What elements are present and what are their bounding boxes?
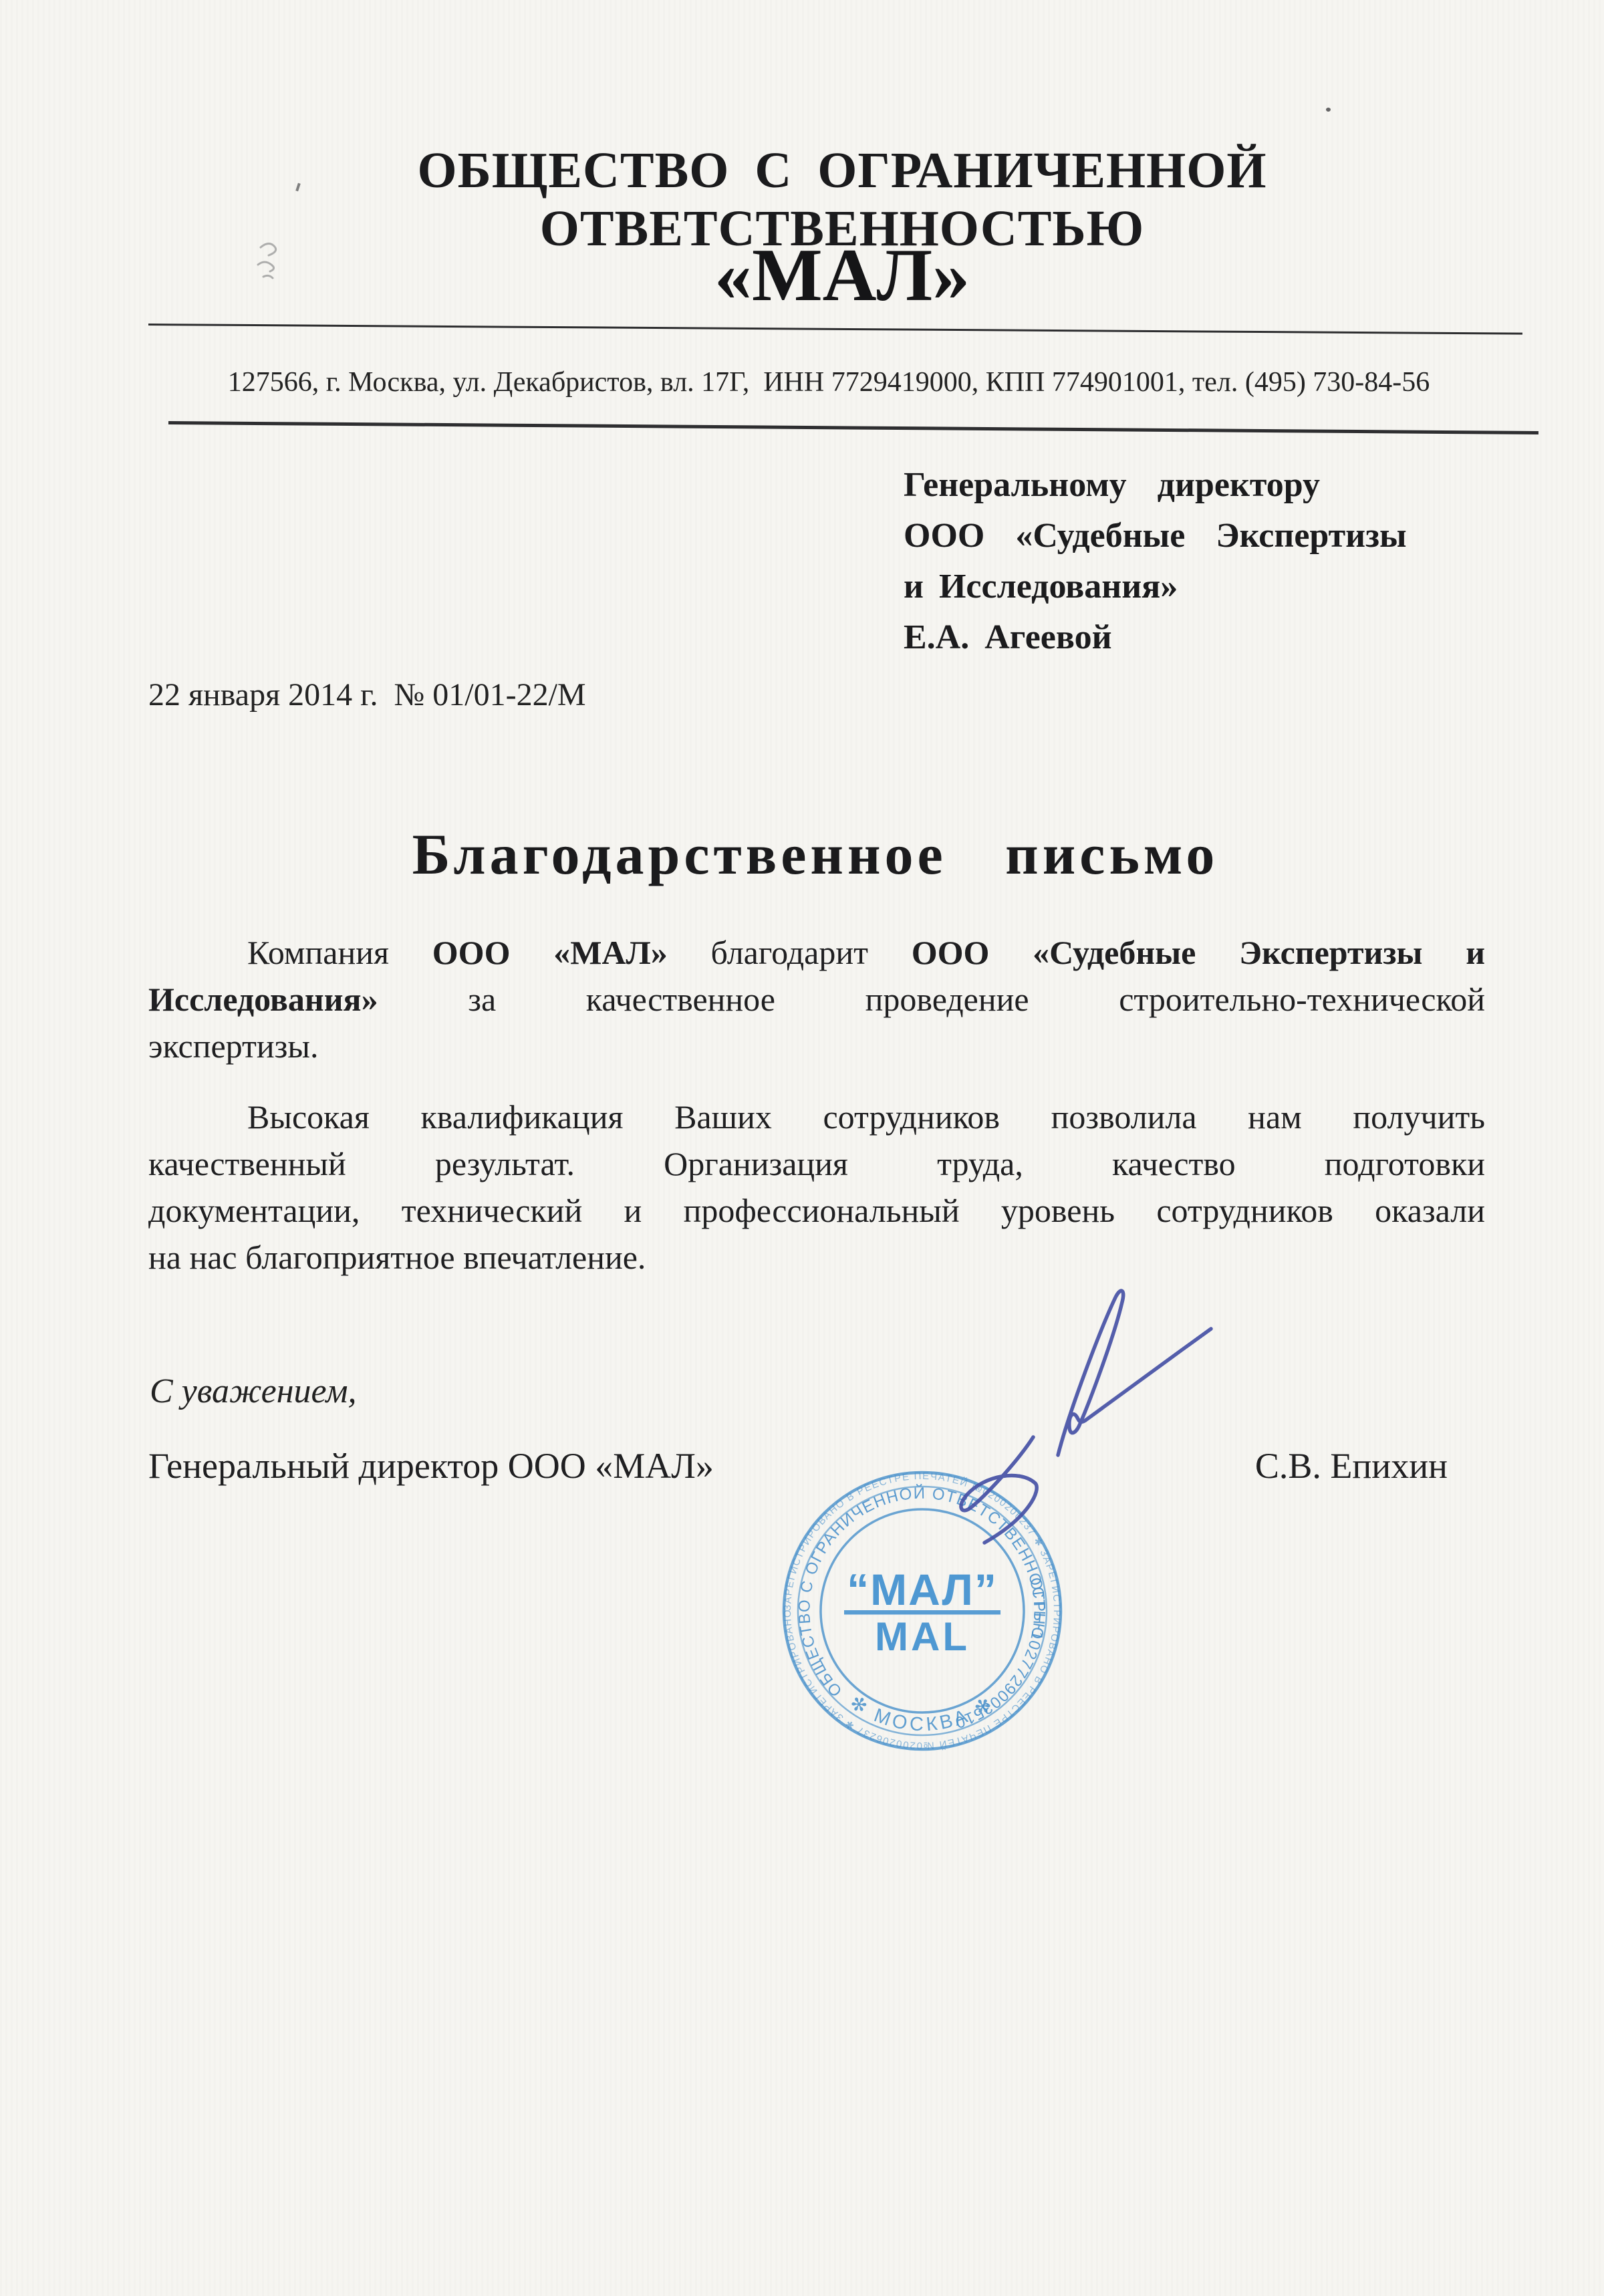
date-and-number-line: 22 января 2014 г. № 01/01-22/М: [148, 676, 586, 713]
company-requisites-line: 127566, г. Москва, ул. Декабристов, вл. …: [94, 366, 1564, 398]
stamp-center-latin: MAL: [875, 1614, 970, 1659]
letter-title: Благодарственное письмо: [120, 821, 1510, 888]
text-run: за качественное проведение строительно-т…: [378, 981, 1485, 1018]
text-run: благодарит: [668, 934, 912, 971]
recipient-line: Генеральному директору: [904, 460, 1407, 511]
header-divider-thin: [148, 324, 1522, 335]
signature-stroke: [961, 1437, 1037, 1543]
paragraph-line: Исследования» за качественное проведение…: [148, 976, 1485, 1023]
letter-document: ОБЩЕСТВО С ОГРАНИЧЕННОЙ ОТВЕТСТВЕННОСТЬЮ…: [0, 0, 1604, 2296]
scan-scribble: [251, 235, 289, 283]
paragraph-line: Компания ООО «МАЛ» благодарит ООО «Судеб…: [148, 929, 1485, 976]
closing-salutation: С уважением,: [150, 1372, 357, 1411]
paragraph-line: документации, технический и профессионал…: [148, 1187, 1485, 1234]
handwritten-signature: [936, 1273, 1230, 1561]
signature-stroke: [1058, 1291, 1211, 1455]
paragraph-line: экспертизы.: [148, 1023, 1485, 1069]
text-run: Компания: [247, 934, 432, 971]
signatory-name: С.В. Епихин: [1255, 1445, 1448, 1487]
body-paragraph-1: Компания ООО «МАЛ» благодарит ООО «Судеб…: [148, 929, 1485, 1069]
recipient-line: и Исследования»: [904, 561, 1407, 612]
paragraph-line: на нас благоприятное впечатление.: [148, 1234, 1485, 1281]
recipient-line: ООО «Судебные Экспертизы: [904, 511, 1407, 561]
header-divider-thick: [168, 421, 1539, 434]
scanned-letter: { "header": { "org_type": "ОБЩЕСТВО С ОГ…: [0, 0, 1604, 2296]
recipient-block: Генеральному директору ООО «Судебные Экс…: [904, 460, 1407, 663]
company-name-heading: «МАЛ»: [107, 233, 1577, 319]
body-paragraph-2: Высокая квалификация Ваших сотрудников п…: [148, 1094, 1485, 1281]
signatory-position: Генеральный директор ООО «МАЛ»: [148, 1445, 714, 1487]
recipient-line: Е.А. Агеевой: [904, 612, 1407, 663]
paragraph-line: качественный результат. Организация труд…: [148, 1140, 1485, 1187]
bold-text-run: Исследования»: [148, 981, 378, 1018]
stamp-center-cyrillic: “МАЛ”: [847, 1565, 998, 1614]
bold-text-run: ООО «МАЛ»: [432, 934, 668, 971]
paragraph-line: Высокая квалификация Ваших сотрудников п…: [148, 1094, 1485, 1140]
bold-text-run: ООО «Судебные Экспертизы и: [912, 934, 1485, 971]
scan-speck: [1326, 108, 1331, 112]
